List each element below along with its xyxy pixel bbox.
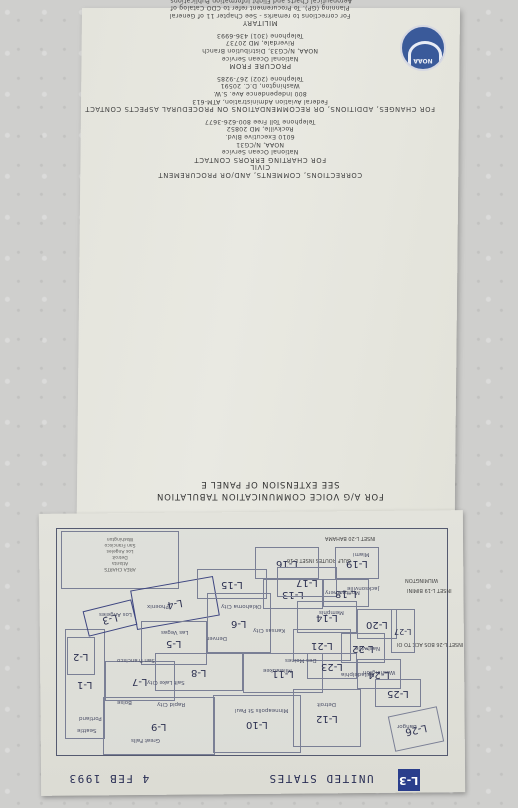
edition-date: 4 FEB 1993 (68, 772, 149, 785)
tabulation-line-2: SEE EXTENSION OF PANEL E (140, 478, 400, 490)
area-chart-item: Los Angeles (65, 547, 175, 553)
area-chart-item: San Francisco (65, 541, 175, 547)
area-charts-legend: AREA CHARTS Atlanta Detroit Los Angeles … (61, 531, 179, 589)
city-label: Phoenix (147, 603, 169, 609)
city-label: Great Falls (131, 737, 160, 743)
chart-box-l3: L-3 (83, 599, 138, 636)
city-label: Denver (207, 635, 227, 641)
city-label: Memphis (319, 609, 344, 615)
city-label: Miami (353, 551, 370, 557)
chart-box-l8: L-8 (155, 653, 243, 691)
info-line: Washington, D.C. 20591 (85, 82, 435, 90)
info-line: PROCURE FROM (85, 62, 435, 70)
info-line: 6010 Executive Blvd. (85, 132, 435, 140)
info-line: National Ocean Service (85, 148, 435, 156)
city-label: Oklahoma City (221, 603, 262, 609)
info-line: Rockville, MD 20852 (85, 125, 435, 133)
city-label: Boise (117, 699, 132, 705)
city-label: Kansas City (253, 627, 285, 633)
chart-box-l25: L-25 (375, 679, 421, 707)
area-chart-item: Atlanta (65, 559, 175, 565)
info-line: Telephone (301) 436-6993 (85, 31, 435, 39)
tabulation-note: FOR A/G VOICE COMMUNICATION TABULATION S… (140, 478, 400, 502)
area-chart-item: Washington (65, 535, 175, 541)
city-label: Des Moines (285, 657, 317, 663)
chart-index-map: AREA CHARTS Atlanta Detroit Los Angeles … (56, 528, 448, 756)
city-label: Bangor (397, 723, 417, 729)
info-line: FOR CHARTING ERRORS CONTACT (85, 155, 435, 163)
info-line: NOAA, N/CG33, Distribution Branch (85, 47, 435, 55)
panel-number: L-3 (399, 775, 418, 785)
info-line: FOR CHANGES, ADDITIONS, OR RECOMMENDATIO… (85, 105, 435, 113)
city-label: Seattle (77, 727, 96, 733)
chart-box-l2: L-2 (67, 637, 95, 675)
info-line: CIVIL (85, 163, 435, 171)
city-label: Milwaukee (263, 667, 292, 673)
chart-box-l12: L-12 (293, 689, 361, 747)
city-label: Nashville (355, 645, 380, 651)
city-label: Minneapolis St Paul (235, 707, 288, 713)
country-title: UNITED STATES (268, 772, 374, 785)
chart-box-l6: L-6 (207, 593, 271, 653)
inset-bahama: INSET L-20 BAHAMA (325, 535, 375, 541)
info-line: National Ocean Service (85, 54, 435, 62)
info-line: Federal Aviation Administration, ATM-613 (85, 97, 435, 105)
city-label: Detroit (317, 701, 336, 707)
info-line: MILITARY (85, 19, 435, 27)
panel-number-badge: L-3 (398, 769, 420, 791)
city-label: San Francisco (117, 657, 155, 663)
info-line: NOAA, N/CG31 (85, 140, 435, 148)
inset-wilmington: WILMINGTON (405, 577, 438, 583)
info-line: Riverdale, MD 20737 (85, 39, 435, 47)
info-line: 800 Independence Ave. S.W. (85, 89, 435, 97)
tabulation-line-1: FOR A/G VOICE COMMUNICATION TABULATION (140, 490, 400, 502)
city-label: Rapid City (157, 701, 185, 707)
city-label: Jacksonville (347, 585, 379, 591)
chart-box-l27: L-27 (391, 609, 415, 653)
city-label: Las Vegas (161, 629, 189, 635)
info-line: For corrections to remarks - See Chapter… (85, 11, 435, 19)
procurement-info-block: CORRECTIONS, COMMENTS, AND/OR PROCUREMEN… (85, 28, 435, 178)
info-line: Aeronautical Charts and Flight Informati… (85, 0, 435, 4)
info-line: Telephone (202) 267-9285 (85, 74, 435, 82)
info-line: Planning (GP). To Procurement refer to C… (85, 4, 435, 12)
city-label: Philadelphia (341, 671, 375, 677)
inset-bimini: INSET L-19 BIMINI (407, 587, 452, 593)
area-chart-item: Detroit (65, 553, 175, 559)
city-label: Salt Lake City (147, 679, 185, 685)
info-line: CORRECTIONS, COMMENTS, AND/OR PROCUREMEN… (85, 170, 435, 178)
area-charts-title: AREA CHARTS (65, 565, 175, 571)
chart-box-l10: L-10 (213, 695, 301, 753)
info-line: Telephone Toll Free 800-626-3677 (85, 117, 435, 125)
city-label: Portland (79, 715, 102, 721)
chart-box-l26: L-26 (388, 706, 444, 752)
city-label: Los Angeles (99, 611, 132, 617)
